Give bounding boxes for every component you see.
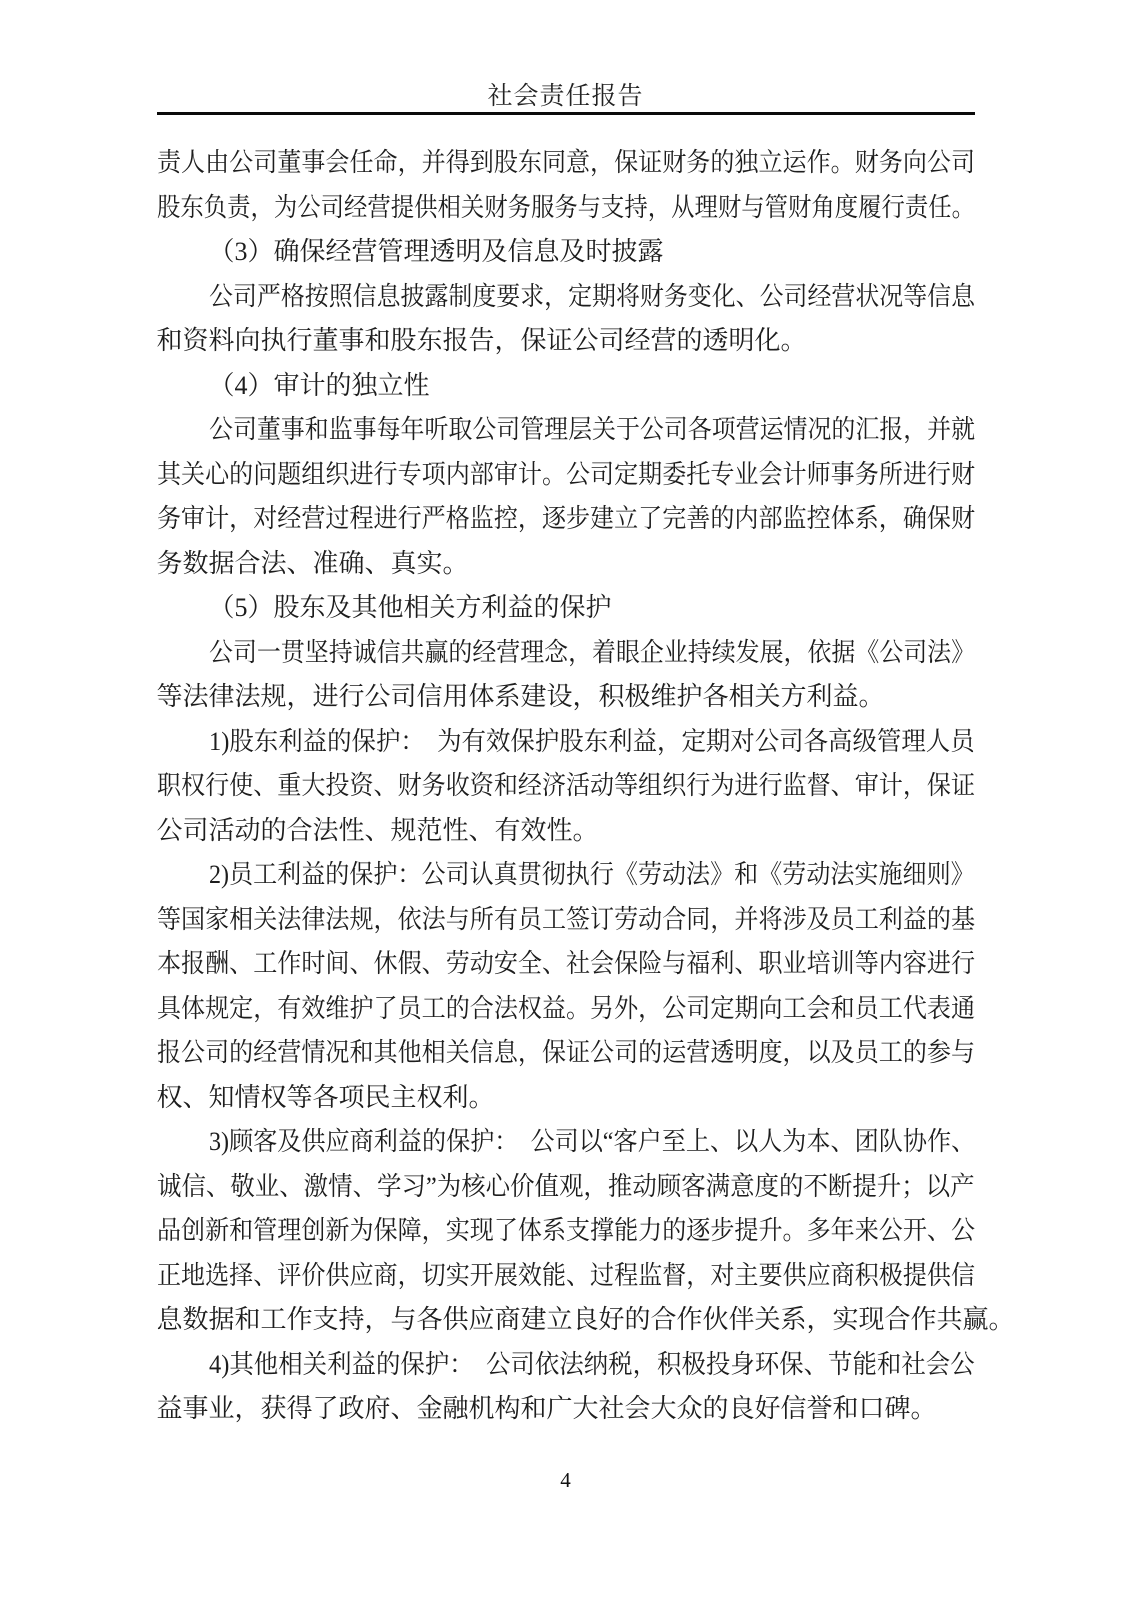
text-line: 和资料向执行董事和股东报告，保证公司经营的透明化。	[157, 319, 975, 364]
text-line-content: 品创新和管理创新为保障，实现了体系支撑能力的逐步提升。多年来公开、公	[157, 1209, 975, 1254]
text-line-content: 2)员工利益的保护：公司认真贯彻执行《劳动法》和《劳动法实施细则》	[209, 853, 975, 898]
text-line-content: 息数据和工作支持，与各供应商建立良好的合作伙伴关系，实现合作共赢。	[157, 1298, 1015, 1343]
text-line: 公司一贯坚持诚信共赢的经营理念，着眼企业持续发展，依据《公司法》	[157, 631, 975, 676]
text-line-content: （5）股东及其他相关方利益的保护	[209, 586, 612, 631]
text-line-content: 责人由公司董事会任命，并得到股东同意，保证财务的独立运作。财务向公司	[157, 141, 975, 186]
document-page: 社会责任报告 责人由公司董事会任命，并得到股东同意，保证财务的独立运作。财务向公…	[0, 0, 1131, 1600]
text-line-content: 公司董事和监事每年听取公司管理层关于公司各项营运情况的汇报，并就	[209, 408, 975, 453]
text-line: 公司董事和监事每年听取公司管理层关于公司各项营运情况的汇报，并就	[157, 408, 975, 453]
text-line-content: （3）确保经营管理透明及信息及时披露	[209, 230, 664, 275]
text-line-content: 本报酬、工作时间、休假、劳动安全、社会保险与福利、职业培训等内容进行	[157, 942, 975, 987]
text-line: 1)股东利益的保护： 为有效保护股东利益，定期对公司各高级管理人员	[157, 720, 975, 765]
text-line: 报公司的经营情况和其他相关信息，保证公司的运营透明度，以及员工的参与	[157, 1031, 975, 1076]
text-line-content: 诚信、敬业、激情、学习”为核心价值观，推动顾客满意度的不断提升；以产	[157, 1165, 975, 1210]
text-line-content: 3)顾客及供应商利益的保护： 公司以“客户至上、以人为本、团队协作、	[209, 1120, 975, 1165]
text-line: 具体规定，有效维护了员工的合法权益。另外，公司定期向工会和员工代表通	[157, 987, 975, 1032]
text-line: 公司活动的合法性、规范性、有效性。	[157, 809, 975, 854]
text-line-content: 务审计，对经营过程进行严格监控，逐步建立了完善的内部监控体系，确保财	[157, 497, 975, 542]
text-line: 等法律法规，进行公司信用体系建设，积极维护各相关方利益。	[157, 675, 975, 720]
page-header-title: 社会责任报告	[0, 0, 1131, 112]
text-line-content: 职权行使、重大投资、财务收资和经济活动等组织行为进行监督、审计，保证	[157, 764, 975, 809]
text-line: 正地选择、评价供应商，切实开展效能、过程监督，对主要供应商积极提供信	[157, 1254, 975, 1299]
text-line: 4)其他相关利益的保护： 公司依法纳税，积极投身环保、节能和社会公	[157, 1343, 975, 1388]
text-line: 务审计，对经营过程进行严格监控，逐步建立了完善的内部监控体系，确保财	[157, 497, 975, 542]
text-line-content: 等国家相关法律法规，依法与所有员工签订劳动合同，并将涉及员工利益的基	[157, 898, 975, 943]
text-line: 职权行使、重大投资、财务收资和经济活动等组织行为进行监督、审计，保证	[157, 764, 975, 809]
text-line-content: 正地选择、评价供应商，切实开展效能、过程监督，对主要供应商积极提供信	[157, 1254, 975, 1299]
text-line-content: 公司一贯坚持诚信共赢的经营理念，着眼企业持续发展，依据《公司法》	[209, 631, 975, 676]
document-body: 责人由公司董事会任命，并得到股东同意，保证财务的独立运作。财务向公司股东负责，为…	[157, 141, 975, 1432]
text-line-content: （4）审计的独立性	[209, 364, 430, 409]
text-line: （5）股东及其他相关方利益的保护	[157, 586, 975, 631]
text-line-content: 股东负责，为公司经营提供相关财务服务与支持，从理财与管财角度履行责任。	[157, 186, 975, 231]
text-line: 务数据合法、准确、真实。	[157, 542, 975, 587]
text-line: （4）审计的独立性	[157, 364, 975, 409]
text-line-content: 务数据合法、准确、真实。	[157, 542, 469, 587]
text-line-content: 报公司的经营情况和其他相关信息，保证公司的运营透明度，以及员工的参与	[157, 1031, 975, 1076]
text-line-content: 4)其他相关利益的保护： 公司依法纳税，积极投身环保、节能和社会公	[209, 1343, 975, 1388]
text-line-content: 等法律法规，进行公司信用体系建设，积极维护各相关方利益。	[157, 675, 885, 720]
text-line: 权、知情权等各项民主权利。	[157, 1076, 975, 1121]
text-line: （3）确保经营管理透明及信息及时披露	[157, 230, 975, 275]
text-line-content: 权、知情权等各项民主权利。	[157, 1076, 495, 1121]
text-line: 益事业，获得了政府、金融机构和广大社会大众的良好信誉和口碑。	[157, 1387, 975, 1432]
text-line-content: 和资料向执行董事和股东报告，保证公司经营的透明化。	[157, 319, 807, 364]
text-line-content: 益事业，获得了政府、金融机构和广大社会大众的良好信誉和口碑。	[157, 1387, 937, 1432]
text-line-content: 公司严格按照信息披露制度要求，定期将财务变化、公司经营状况等信息	[209, 275, 975, 320]
text-line: 2)员工利益的保护：公司认真贯彻执行《劳动法》和《劳动法实施细则》	[157, 853, 975, 898]
text-line-content: 具体规定，有效维护了员工的合法权益。另外，公司定期向工会和员工代表通	[157, 987, 975, 1032]
text-line: 责人由公司董事会任命，并得到股东同意，保证财务的独立运作。财务向公司	[157, 141, 975, 186]
text-line: 等国家相关法律法规，依法与所有员工签订劳动合同，并将涉及员工利益的基	[157, 898, 975, 943]
text-line-content: 公司活动的合法性、规范性、有效性。	[157, 809, 599, 854]
text-line-content: 1)股东利益的保护： 为有效保护股东利益，定期对公司各高级管理人员	[209, 720, 975, 765]
text-line: 其关心的问题组织进行专项内部审计。公司定期委托专业会计师事务所进行财	[157, 453, 975, 498]
text-line: 品创新和管理创新为保障，实现了体系支撑能力的逐步提升。多年来公开、公	[157, 1209, 975, 1254]
text-line: 息数据和工作支持，与各供应商建立良好的合作伙伴关系，实现合作共赢。	[157, 1298, 975, 1343]
text-line: 股东负责，为公司经营提供相关财务服务与支持，从理财与管财角度履行责任。	[157, 186, 975, 231]
header-rule	[157, 112, 975, 115]
text-line: 3)顾客及供应商利益的保护： 公司以“客户至上、以人为本、团队协作、	[157, 1120, 975, 1165]
text-line: 本报酬、工作时间、休假、劳动安全、社会保险与福利、职业培训等内容进行	[157, 942, 975, 987]
text-line: 公司严格按照信息披露制度要求，定期将财务变化、公司经营状况等信息	[157, 275, 975, 320]
text-line-content: 其关心的问题组织进行专项内部审计。公司定期委托专业会计师事务所进行财	[157, 453, 975, 498]
page-number: 4	[157, 1468, 975, 1493]
text-line: 诚信、敬业、激情、学习”为核心价值观，推动顾客满意度的不断提升；以产	[157, 1165, 975, 1210]
